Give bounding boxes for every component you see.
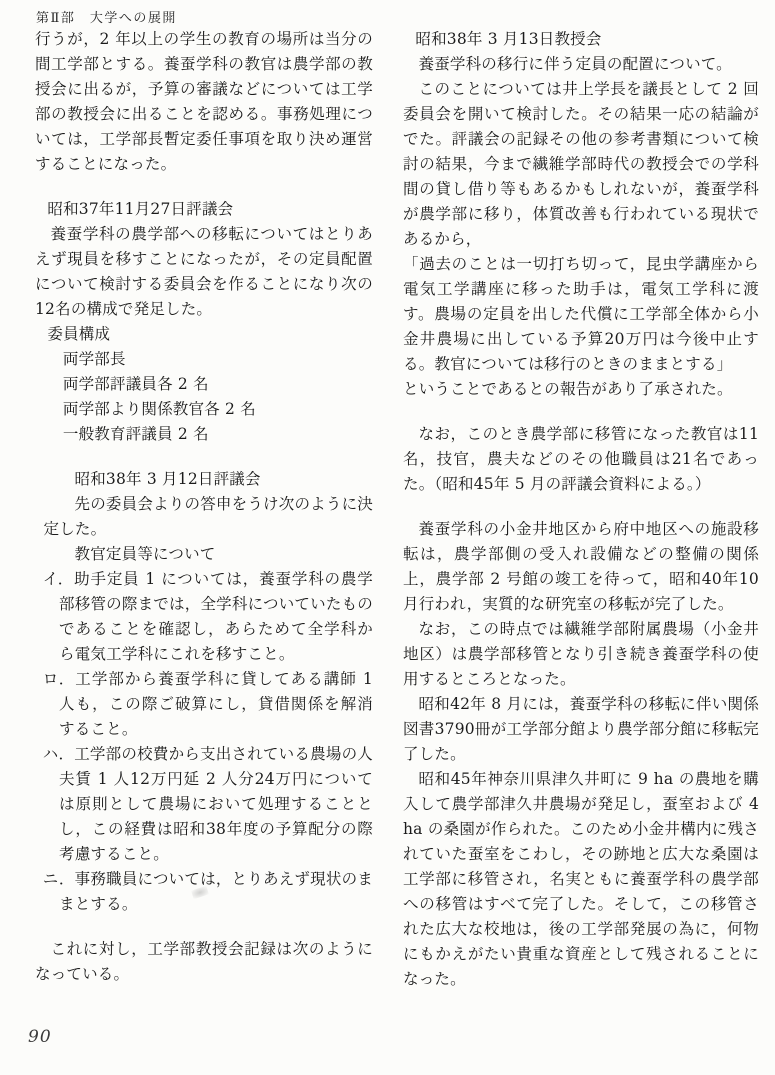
list-line: 両学部より関係教官各 2 名 [63, 397, 373, 422]
sub-heading: 昭和38年 3 月12日評議会 [75, 467, 373, 492]
paragraph: 養蚕学科の農学部への移転についてはとりあえず現員を移すことになったが，その定員配… [35, 222, 373, 322]
paragraph: 昭和42年 8 月には，養蚕学科の移転に伴い関係図書3790冊が工学部分館より農… [403, 692, 759, 767]
left-column: 行うが，2 年以上の学生の教育の場所は当分の間工学部とする。養蚕学科の教官は農学… [35, 27, 373, 987]
paragraph: なお，このとき農学部に移管になった教官は11名，技官，農夫などのその他職員は21… [403, 422, 759, 497]
paragraph: 養蚕学科の移行に伴う定員の配置について。 [403, 52, 759, 77]
paragraph-gap [35, 917, 373, 937]
flush: ということであるとの報告があり了承された。 [403, 377, 759, 402]
running-header: 第Ⅱ部 大学への展開 [36, 7, 177, 26]
paragraph: なお，この時点では繊維学部附属農場（小金井地区）は農学部移管となり引き続き養蚕学… [403, 617, 759, 692]
deep-label: 教官定員等について [75, 542, 373, 567]
heading: 昭和38年 3 月13日教授会 [403, 27, 759, 52]
kana-item: ロ．工学部から養蚕学科に貸してある講師 1 人も，この際ご破算にし，貸借関係を解… [59, 667, 373, 742]
kana-item: ハ．工学部の校費から支出されている農場の人夫賃 1 人12万円延 2 人分24万… [59, 742, 373, 867]
paragraph-gap [35, 177, 373, 197]
label: 委員構成 [47, 322, 373, 347]
quote: 「過去のことは一切打ち切って，昆虫学講座から電気工学講座に移った助手は，電気工学… [403, 252, 759, 377]
list-line: 両学部長 [63, 347, 373, 372]
right-column: 昭和38年 3 月13日教授会養蚕学科の移行に伴う定員の配置について。このことに… [403, 27, 759, 992]
document-page: 第Ⅱ部 大学への展開 行うが，2 年以上の学生の教育の場所は当分の間工学部とする… [0, 0, 775, 1075]
heading: 昭和37年11月27日評議会 [35, 197, 373, 222]
paragraph: このことについては井上学長を議長として 2 回委員会を開いて検討した。その結果一… [403, 77, 759, 252]
paragraph: 昭和45年神奈川県津久井町に 9 ha の農地を購入して農学部津久井農場が発足し… [403, 767, 759, 992]
paragraph-gap [35, 447, 373, 467]
list-line: 両学部評議員各 2 名 [63, 372, 373, 397]
page-number: 90 [28, 1027, 52, 1047]
paragraph: 養蚕学科の小金井地区から府中地区への施設移転は，農学部側の受入れ設備などの整備の… [403, 517, 759, 617]
kana-item: イ．助手定員 1 については，養蚕学科の農学部移管の際までは，全学科についていた… [59, 567, 373, 667]
deep-paragraph: 先の委員会よりの答申をうけ次のように決定した。 [44, 492, 373, 542]
paragraph-gap [403, 497, 759, 517]
kana-item: ニ．事務職員については，とりあえず現状のままとする。 [59, 867, 373, 917]
paragraph: これに対し，工学部教授会記録は次のようになっている。 [35, 937, 373, 987]
paragraph-gap [403, 402, 759, 422]
list-line: 一般教育評議員 2 名 [63, 422, 373, 447]
continuation: 行うが，2 年以上の学生の教育の場所は当分の間工学部とする。養蚕学科の教官は農学… [35, 27, 373, 177]
